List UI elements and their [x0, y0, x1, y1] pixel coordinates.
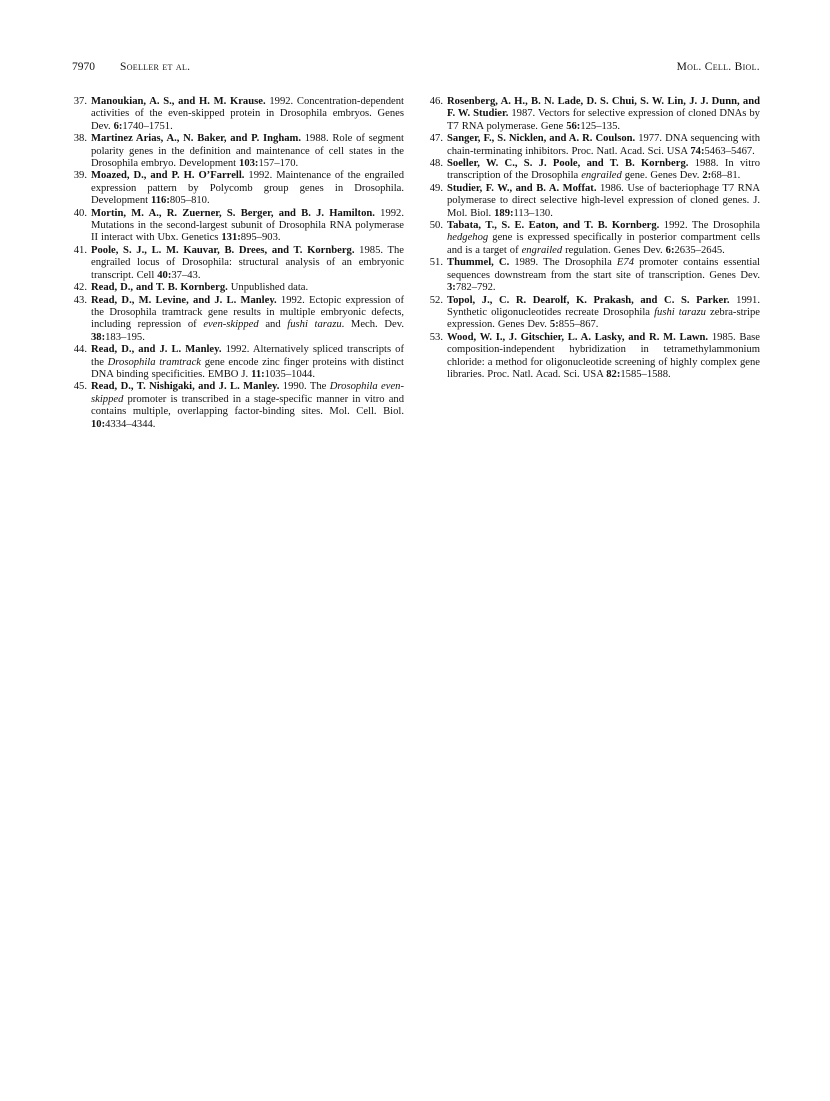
reference-italic-segment: Drosophila tramtrack	[108, 357, 201, 368]
reference-item: 40.Mortin, M. A., R. Zuerner, S. Berger,…	[72, 208, 404, 245]
reference-item: 46.Rosenberg, A. H., B. N. Lade, D. S. C…	[428, 96, 760, 133]
reference-plain-segment: 805–810.	[170, 195, 210, 206]
reference-italic-segment: even-skipped	[203, 319, 258, 330]
reference-plain-segment: 1585–1588.	[620, 369, 670, 380]
reference-text: Wood, W. I., J. Gitschier, L. A. Lasky, …	[447, 332, 760, 380]
reference-item: 47.Sanger, F., S. Nicklen, and A. R. Cou…	[428, 133, 760, 158]
reference-bold-segment: Mortin, M. A., R. Zuerner, S. Berger, an…	[91, 208, 375, 219]
reference-text: Rosenberg, A. H., B. N. Lade, D. S. Chui…	[447, 96, 760, 132]
reference-number: 46.	[428, 96, 443, 108]
reference-bold-segment: Sanger, F., S. Nicklen, and A. R. Coulso…	[447, 133, 635, 144]
reference-number: 52.	[428, 295, 443, 307]
reference-plain-segment: Unpublished data.	[228, 282, 308, 293]
reference-plain-segment: 1990. The	[279, 381, 329, 392]
reference-bold-segment: Manoukian, A. S., and H. M. Krause.	[91, 96, 266, 107]
reference-number: 43.	[72, 295, 87, 307]
reference-item: 49.Studier, F. W., and B. A. Moffat. 198…	[428, 183, 760, 220]
reference-plain-segment: 113–130.	[514, 208, 553, 219]
reference-item: 42.Read, D., and T. B. Kornberg. Unpubli…	[72, 282, 404, 294]
reference-text: Tabata, T., S. E. Eaton, and T. B. Kornb…	[447, 220, 760, 256]
reference-plain-segment: 855–867.	[559, 319, 599, 330]
reference-number: 37.	[72, 96, 87, 108]
reference-number: 49.	[428, 183, 443, 195]
reference-plain-segment: 183–195.	[105, 332, 145, 343]
reference-bold-segment: Wood, W. I., J. Gitschier, L. A. Lasky, …	[447, 332, 708, 343]
reference-plain-segment: 895–903.	[241, 232, 281, 243]
reference-bold-segment: Topol, J., C. R. Dearolf, K. Prakash, an…	[447, 295, 730, 306]
reference-plain-segment: 1740–1751.	[122, 121, 172, 132]
running-header: 7970 Soeller et al. Mol. Cell. Biol.	[72, 61, 760, 74]
reference-item: 39.Moazed, D., and P. H. O’Farrell. 1992…	[72, 170, 404, 207]
reference-text: Read, D., and J. L. Manley. 1992. Altern…	[91, 344, 404, 380]
reference-bold-segment: Poole, S. J., L. M. Kauvar, B. Drees, an…	[91, 245, 354, 256]
reference-number: 45.	[72, 381, 87, 393]
reference-bold-segment: 103:	[239, 158, 258, 169]
reference-plain-segment: 2635–2645.	[674, 245, 724, 256]
reference-plain-segment: promoter is transcribed in a stage-speci…	[91, 394, 404, 417]
reference-plain-segment: 782–792.	[456, 282, 496, 293]
references-column-left: 37.Manoukian, A. S., and H. M. Krause. 1…	[72, 96, 404, 431]
reference-item: 48.Soeller, W. C., S. J. Poole, and T. B…	[428, 158, 760, 183]
reference-italic-segment: E74	[617, 257, 634, 268]
reference-number: 47.	[428, 133, 443, 145]
reference-plain-segment: 4334–4344.	[105, 419, 155, 430]
reference-bold-segment: 11:	[251, 369, 265, 380]
reference-item: 41.Poole, S. J., L. M. Kauvar, B. Drees,…	[72, 245, 404, 282]
reference-bold-segment: Soeller, W. C., S. J. Poole, and T. B. K…	[447, 158, 688, 169]
reference-bold-segment: 131:	[221, 232, 240, 243]
reference-italic-segment: engrailed	[581, 170, 622, 181]
reference-number: 50.	[428, 220, 443, 232]
reference-bold-segment: 38:	[91, 332, 105, 343]
reference-text: Manoukian, A. S., and H. M. Krause. 1992…	[91, 96, 404, 132]
reference-number: 51.	[428, 257, 443, 269]
reference-plain-segment: . Mech. Dev.	[342, 319, 404, 330]
reference-bold-segment: 82:	[606, 369, 620, 380]
reference-italic-segment: fushi tarazu	[287, 319, 341, 330]
reference-bold-segment: Read, D., and T. B. Kornberg.	[91, 282, 228, 293]
reference-text: Read, D., and T. B. Kornberg. Unpublishe…	[91, 282, 308, 293]
reference-bold-segment: Thummel, C.	[447, 257, 509, 268]
reference-bold-segment: Read, D., and J. L. Manley.	[91, 344, 221, 355]
reference-bold-segment: Tabata, T., S. E. Eaton, and T. B. Kornb…	[447, 220, 659, 231]
reference-number: 44.	[72, 344, 87, 356]
reference-text: Studier, F. W., and B. A. Moffat. 1986. …	[447, 183, 760, 219]
reference-plain-segment: 1035–1044.	[265, 369, 315, 380]
reference-item: 44.Read, D., and J. L. Manley. 1992. Alt…	[72, 344, 404, 381]
reference-plain-segment: 125–135.	[580, 121, 620, 132]
reference-text: Moazed, D., and P. H. O’Farrell. 1992. M…	[91, 170, 404, 206]
reference-number: 42.	[72, 282, 87, 294]
reference-italic-segment: engrailed	[522, 245, 563, 256]
reference-text: Sanger, F., S. Nicklen, and A. R. Coulso…	[447, 133, 760, 156]
reference-bold-segment: 74:	[690, 146, 704, 157]
reference-bold-segment: 5:	[550, 319, 559, 330]
reference-plain-segment: 1992. The Drosophila	[659, 220, 760, 231]
reference-item: 51.Thummel, C. 1989. The Drosophila E74 …	[428, 257, 760, 294]
reference-plain-segment: 1989. The Drosophila	[509, 257, 617, 268]
reference-item: 43.Read, D., M. Levine, and J. L. Manley…	[72, 295, 404, 345]
reference-text: Martinez Arias, A., N. Baker, and P. Ing…	[91, 133, 404, 169]
reference-text: Read, D., M. Levine, and J. L. Manley. 1…	[91, 295, 404, 343]
running-journal: Mol. Cell. Biol.	[677, 61, 760, 74]
running-header-left: 7970 Soeller et al.	[72, 61, 190, 74]
reference-plain-segment: 68–81.	[711, 170, 740, 181]
reference-bold-segment: 40:	[157, 270, 171, 281]
reference-text: Thummel, C. 1989. The Drosophila E74 pro…	[447, 257, 760, 293]
reference-bold-segment: Moazed, D., and P. H. O’Farrell.	[91, 170, 244, 181]
reference-item: 50.Tabata, T., S. E. Eaton, and T. B. Ko…	[428, 220, 760, 257]
reference-bold-segment: Studier, F. W., and B. A. Moffat.	[447, 183, 596, 194]
journal-page: 7970 Soeller et al. Mol. Cell. Biol. 37.…	[0, 0, 830, 1101]
reference-item: 38.Martinez Arias, A., N. Baker, and P. …	[72, 133, 404, 170]
reference-plain-segment: 37–43.	[171, 270, 200, 281]
reference-number: 39.	[72, 170, 87, 182]
reference-bold-segment: 189:	[494, 208, 513, 219]
reference-text: Soeller, W. C., S. J. Poole, and T. B. K…	[447, 158, 760, 181]
reference-italic-segment: hedgehog	[447, 232, 488, 243]
reference-number: 48.	[428, 158, 443, 170]
reference-item: 52.Topol, J., C. R. Dearolf, K. Prakash,…	[428, 295, 760, 332]
reference-bold-segment: 56:	[566, 121, 580, 132]
reference-bold-segment: Read, D., M. Levine, and J. L. Manley.	[91, 295, 277, 306]
reference-plain-segment: gene. Genes Dev.	[622, 170, 703, 181]
reference-plain-segment: 5463–5467.	[705, 146, 755, 157]
reference-text: Topol, J., C. R. Dearolf, K. Prakash, an…	[447, 295, 760, 331]
reference-bold-segment: 116:	[151, 195, 170, 206]
running-authors: Soeller et al.	[120, 61, 190, 74]
reference-number: 53.	[428, 332, 443, 344]
reference-text: Poole, S. J., L. M. Kauvar, B. Drees, an…	[91, 245, 404, 281]
reference-text: Read, D., T. Nishigaki, and J. L. Manley…	[91, 381, 404, 429]
reference-number: 38.	[72, 133, 87, 145]
reference-item: 53.Wood, W. I., J. Gitschier, L. A. Lask…	[428, 332, 760, 382]
reference-bold-segment: 2:	[702, 170, 711, 181]
reference-text: Mortin, M. A., R. Zuerner, S. Berger, an…	[91, 208, 404, 244]
reference-bold-segment: 10:	[91, 419, 105, 430]
reference-plain-segment: regulation. Genes Dev.	[562, 245, 665, 256]
reference-item: 37.Manoukian, A. S., and H. M. Krause. 1…	[72, 96, 404, 133]
reference-bold-segment: Martinez Arias, A., N. Baker, and P. Ing…	[91, 133, 301, 144]
reference-number: 40.	[72, 208, 87, 220]
reference-plain-segment: and	[259, 319, 288, 330]
reference-number: 41.	[72, 245, 87, 257]
reference-bold-segment: 3:	[447, 282, 456, 293]
references-section: 37.Manoukian, A. S., and H. M. Krause. 1…	[72, 96, 760, 431]
reference-italic-segment: fushi tarazu	[654, 307, 706, 318]
reference-item: 45.Read, D., T. Nishigaki, and J. L. Man…	[72, 381, 404, 431]
references-column-right: 46.Rosenberg, A. H., B. N. Lade, D. S. C…	[428, 96, 760, 431]
page-number: 7970	[72, 61, 95, 74]
reference-bold-segment: Read, D., T. Nishigaki, and J. L. Manley…	[91, 381, 279, 392]
reference-plain-segment: 157–170.	[258, 158, 298, 169]
